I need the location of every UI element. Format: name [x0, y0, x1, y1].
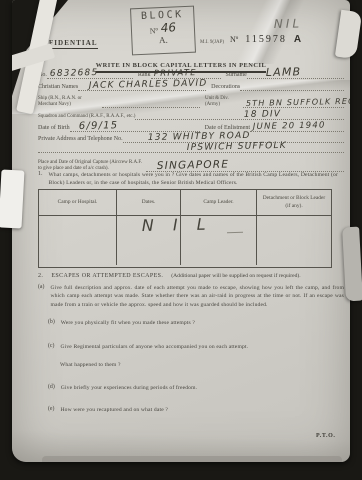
division-value: 18 DIV: [244, 109, 281, 120]
row-number-rank-surname: No. 6832685 Rank PRIVATE Surname LAMB: [38, 67, 344, 79]
stamp-no-label: Nº: [150, 26, 159, 35]
question-1-number: 1.: [38, 171, 43, 188]
table-cell: [257, 216, 331, 265]
serial-value: 115978: [245, 34, 287, 45]
ship-label: Ship (R.N., R.A.N. or Merchant Navy): [38, 96, 102, 109]
question-2c: (c) Give Regimental particulars of anyon…: [48, 343, 338, 351]
under-sheet-edge: [42, 456, 342, 462]
question-2a-label: (a): [38, 284, 44, 309]
question-2c-followup: What happened to them ?: [60, 361, 340, 369]
question-2e: (e) How were you recaptured and on what …: [48, 406, 338, 414]
question-2c-label: (c): [48, 343, 54, 351]
rank-value: PRIVATE: [153, 68, 196, 79]
stamp-suffix: A.: [132, 34, 194, 47]
capture-value: SINGAPORE: [157, 158, 230, 172]
surname-value: LAMB: [266, 65, 302, 79]
torn-flap: [342, 227, 362, 302]
no-field: 6832685: [47, 69, 133, 79]
mi9-label: M.I. 9(JAP): [200, 40, 224, 45]
rank-label: Rank: [138, 72, 151, 79]
question-2c-text: Give Regimental particulars of anyone wh…: [60, 343, 248, 351]
row-christian-decorations: Christian Names JACK CHARLES DAVID Decor…: [38, 79, 344, 91]
stamp-no-value: 46: [160, 20, 176, 35]
christian-names-field: JACK CHARLES DAVID: [78, 81, 206, 91]
question-2d-text: Give briefly your experiences during per…: [61, 384, 197, 392]
nil-annotation: NIL: [274, 16, 302, 31]
unit-div-value: 5TH BN SUFFOLK REGT: [246, 97, 350, 108]
ship-field: [102, 107, 200, 108]
pto-label: P.T.O.: [316, 433, 335, 439]
christian-names-value: JACK CHARLES DAVID: [89, 79, 208, 91]
question-2a: (a) Give full description and approx. da…: [38, 284, 344, 309]
question-2c-followup-text: What happened to them ?: [60, 361, 121, 369]
row-ship-unit: Ship (R.N., R.A.N. or Merchant Navy) Uni…: [38, 92, 344, 108]
table-cell: [39, 216, 117, 265]
table-nil-entry: N I L: [142, 215, 213, 235]
col-camp-leader: Camp Leader.: [181, 190, 257, 216]
unit-div-label: Unit & Div. (Army): [205, 96, 243, 109]
section-2-title: ESCAPES OR ATTEMPTED ESCAPES.: [51, 273, 163, 279]
decorations-label: Decorations: [211, 84, 240, 91]
section-2-number: 2.: [38, 273, 43, 279]
surname-field: LAMB: [247, 66, 344, 79]
scanned-document: CONFIDENTIAL BLOCK Nº 46 A. M.I. 9(JAP) …: [0, 0, 362, 480]
question-2d-label: (d): [48, 384, 55, 392]
question-2e-label: (e): [48, 406, 54, 414]
decorations-field: [240, 90, 344, 91]
question-2b-text: Were you physically fit when you made th…: [61, 319, 195, 327]
question-2d: (d) Give briefly your experiences during…: [48, 384, 338, 392]
question-1-text: What camps, detachments or hospitals wer…: [49, 171, 339, 188]
row-capture: Place and Date of Original Capture (Airc…: [38, 151, 344, 172]
col-dates: Dates.: [117, 190, 181, 216]
question-1: 1. What camps, detachments or hospitals …: [38, 171, 338, 188]
block-stamp: BLOCK Nº 46 A.: [130, 6, 196, 56]
question-2b-label: (b): [48, 319, 55, 327]
surname-label: Surname: [226, 72, 247, 79]
christian-names-label: Christian Names: [38, 84, 78, 91]
section-2-heading: 2. ESCAPES OR ATTEMPTED ESCAPES. (Additi…: [38, 273, 301, 279]
tape-fragment: [0, 169, 25, 228]
camps-table-header: Camp or Hospital. Dates. Camp Leader. De…: [39, 190, 331, 216]
serial-no-label: Nº: [230, 35, 238, 44]
question-2e-text: How were you recaptured and on what date…: [60, 406, 168, 414]
col-detachment-leader: Detachment or Block Leader (if any).: [257, 190, 331, 216]
col-camp-or-hospital: Camp or Hospital.: [39, 190, 117, 216]
serial-suffix: A: [294, 34, 301, 45]
serial-number: Nº 115978 A: [230, 34, 301, 45]
unit-div-field: 5TH BN SUFFOLK REGT: [243, 99, 344, 108]
row-squadron: Squadron and Command (R.A.F., R.A.A.F., …: [38, 109, 344, 120]
no-value: 6832685: [50, 68, 99, 79]
question-2a-text: Give full description and approx. date o…: [50, 284, 344, 309]
section-2-note: (Additional paper will be supplied on re…: [171, 273, 300, 279]
paper-sheet: CONFIDENTIAL BLOCK Nº 46 A. M.I. 9(JAP) …: [12, 0, 350, 462]
rank-field: PRIVATE: [151, 69, 221, 79]
squadron-field: 18 DIV: [135, 110, 344, 120]
question-2b: (b) Were you physically fit when you mad…: [48, 319, 338, 327]
